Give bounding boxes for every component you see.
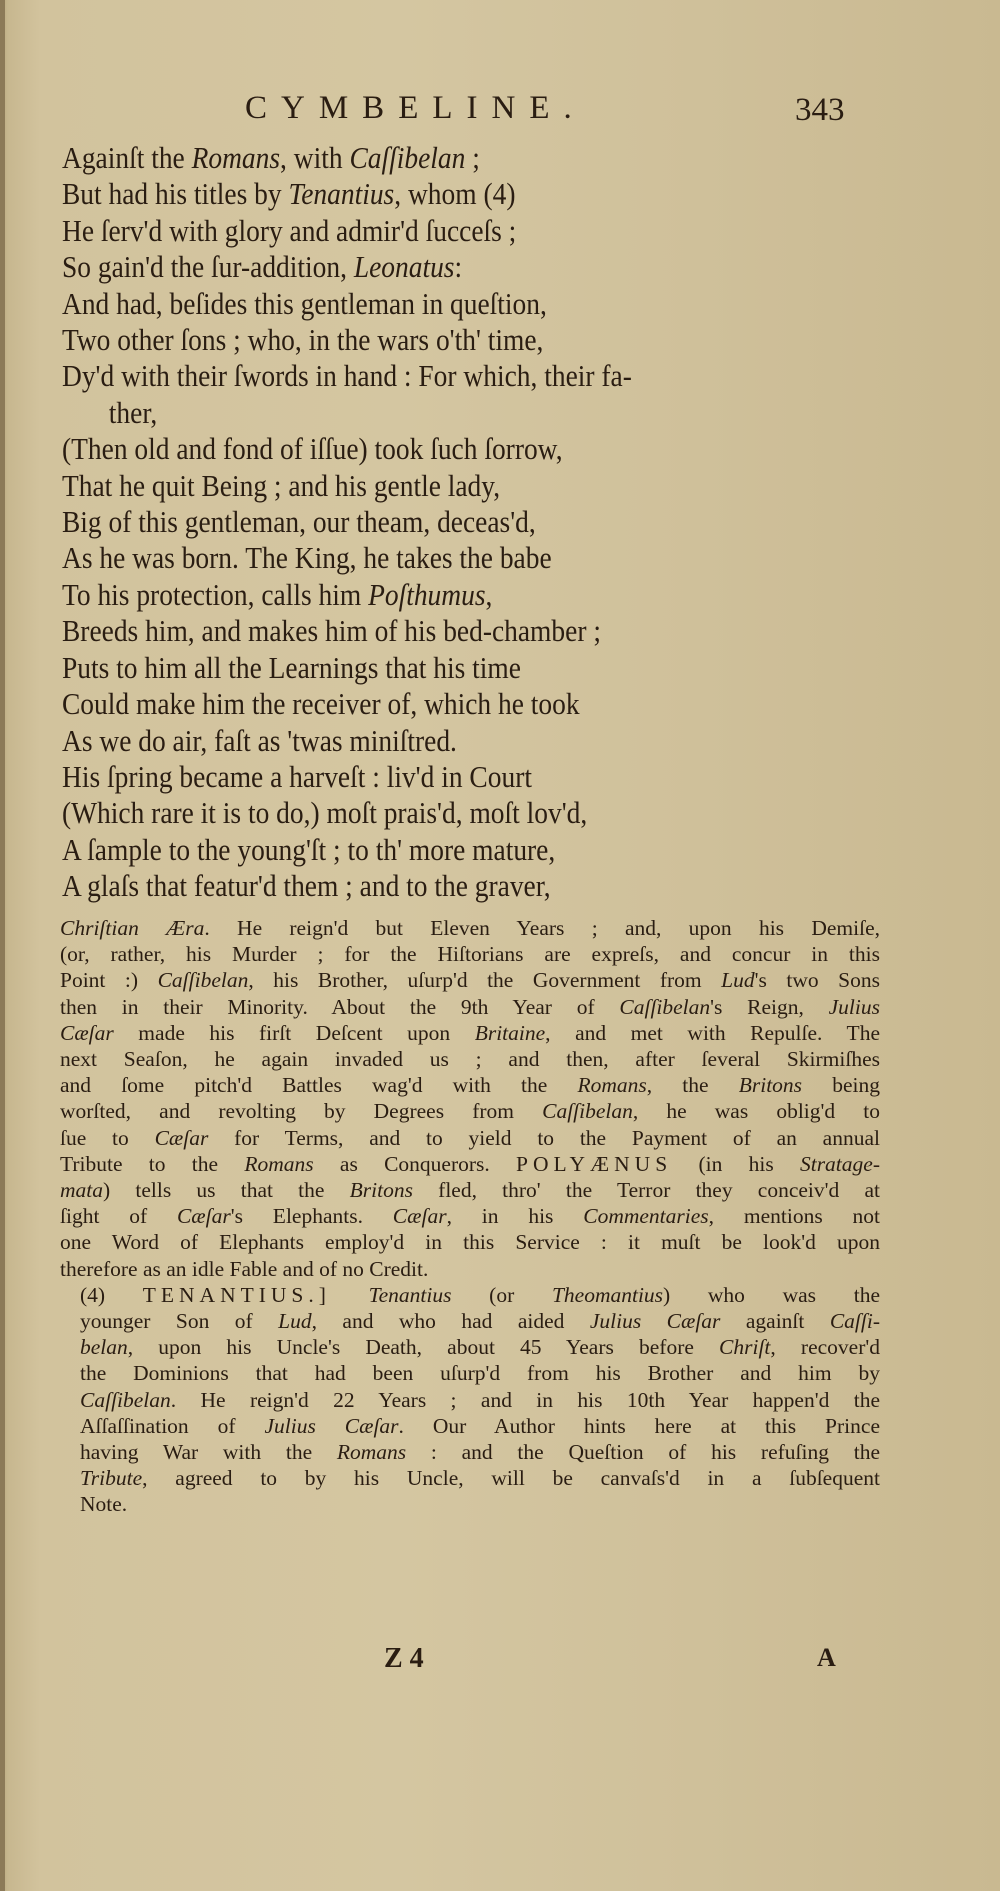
text-run: Breeds him, and makes him of his bed-cha…: [62, 614, 601, 648]
text-run: therefore as an idle Fable and of no Cre…: [60, 1257, 428, 1281]
italic-text: Julius Cæſar: [264, 1414, 398, 1438]
text-run: (in his: [672, 1152, 800, 1176]
text-run: That he quit Being ; and his gentle lady…: [62, 469, 500, 503]
verse-line: Puts to him all the Learnings that his t…: [62, 650, 800, 686]
footnote-line: having War with the Romans : and the Que…: [60, 1439, 880, 1465]
footnote-line: (4) TENANTIUS.] Tenantius (or Theomantiu…: [60, 1282, 880, 1308]
text-run: 's two Sons: [755, 968, 880, 992]
binding-edge: [0, 0, 5, 1891]
text-run: , upon his Uncle's Death, about 45 Years…: [128, 1335, 719, 1359]
verse-line: Breeds him, and makes him of his bed-cha…: [62, 613, 800, 649]
footnote-line: one Word of Elephants employ'd in this S…: [60, 1229, 880, 1255]
text-run: His ſpring became a harveſt : liv'd in C…: [62, 760, 532, 794]
text-run: , whom (4): [394, 177, 515, 211]
italic-text: Tenantius: [369, 1283, 452, 1307]
text-run: [331, 1283, 369, 1307]
small-caps-text: POLYÆNUS: [516, 1152, 672, 1176]
text-run: , the: [647, 1073, 739, 1097]
small-caps-text: TENANTIUS.]: [143, 1283, 331, 1307]
verse-line: Dy'd with their ſwords in hand : For whi…: [62, 358, 800, 394]
italic-text: Romans: [192, 141, 280, 175]
footnote-line: Aſſaſſination of Julius Cæſar. Our Autho…: [60, 1413, 880, 1439]
text-run: ſight of: [60, 1204, 177, 1228]
text-run: , agreed to by his Uncle, will be canvaſ…: [142, 1466, 880, 1490]
text-run: Tribute to the: [60, 1152, 244, 1176]
text-run: then in their Minority. About the 9th Ye…: [60, 995, 619, 1019]
footnote-line: belan, upon his Uncle's Death, about 45 …: [60, 1334, 880, 1360]
text-run: ſue to: [60, 1126, 155, 1150]
italic-text: Romans: [244, 1152, 313, 1176]
text-run: ) who was the: [663, 1283, 880, 1307]
text-run: made his firſt Deſcent upon: [114, 1021, 475, 1045]
verse-line: (Which rare it is to do,) moſt prais'd, …: [62, 795, 800, 831]
text-run: But had his titles by: [62, 177, 288, 211]
italic-text: Caſſibelan: [349, 141, 465, 175]
verse-block: Againſt the Romans, with Caſſibelan ;But…: [62, 140, 882, 905]
italic-text: Cæſar: [177, 1204, 231, 1228]
text-run: for Terms, and to yield to the Payment o…: [208, 1126, 880, 1150]
text-run: (4): [80, 1283, 143, 1307]
verse-line: As we do air, faſt as 'twas miniſtred.: [62, 723, 800, 759]
italic-text: Caſſibelan: [542, 1099, 633, 1123]
verse-line: That he quit Being ; and his gentle lady…: [62, 468, 800, 504]
footnote-line: ſue to Cæſar for Terms, and to yield to …: [60, 1125, 880, 1151]
italic-text: Caſſibelan: [80, 1388, 171, 1412]
text-run: fled, thro' the Terror they conceiv'd at: [413, 1178, 880, 1202]
italic-text: Julius: [829, 995, 880, 1019]
verse-line: His ſpring became a harveſt : liv'd in C…: [62, 759, 800, 795]
text-run: (Then old and fond of iſſue) took ſuch ſ…: [62, 432, 563, 466]
italic-text: Britons: [350, 1178, 413, 1202]
footnote-line: Point :) Caſſibelan, his Brother, uſurp'…: [60, 967, 880, 993]
running-head: CYMBELINE. 343: [0, 90, 1000, 130]
running-title: CYMBELINE.: [245, 90, 586, 127]
footnote-line: ſight of Cæſar's Elephants. Cæſar, in hi…: [60, 1203, 880, 1229]
italic-text: Chriſt: [719, 1335, 770, 1359]
italic-text: Julius Cæſar: [590, 1309, 721, 1333]
footnote-line: Note.: [60, 1491, 880, 1517]
text-run: younger Son of: [80, 1309, 278, 1333]
footnote-line: worſted, and revolting by Degrees from C…: [60, 1098, 880, 1124]
italic-text: Romans: [577, 1073, 646, 1097]
text-run: Dy'd with their ſwords in hand : For whi…: [62, 359, 632, 393]
text-run: , he was oblig'd to: [633, 1099, 880, 1123]
verse-line: But had his titles by Tenantius, whom (4…: [62, 176, 800, 212]
footnote-line: Tribute to the Romans as Conquerors. POL…: [60, 1151, 880, 1177]
text-run: . He reign'd 22 Years ; and in his 10th …: [171, 1388, 880, 1412]
text-run: , in his: [447, 1204, 584, 1228]
verse-line: So gain'd the ſur-addition, Leonatus:: [62, 249, 800, 285]
text-run: next Seaſon, he again invaded us ; and t…: [60, 1047, 880, 1071]
footnote-line: next Seaſon, he again invaded us ; and t…: [60, 1046, 880, 1072]
text-run: , recover'd: [770, 1335, 880, 1359]
verse-line: (Then old and fond of iſſue) took ſuch ſ…: [62, 431, 800, 467]
verse-line: Againſt the Romans, with Caſſibelan ;: [62, 140, 800, 176]
italic-text: Stratage-: [800, 1152, 880, 1176]
text-run: Big of this gentleman, our theam, deceas…: [62, 505, 536, 539]
signature-mark: Z 4: [384, 1643, 424, 1675]
verse-line: Big of this gentleman, our theam, deceas…: [62, 504, 800, 540]
footnote-line: (or, rather, his Murder ; for the Hiſtor…: [60, 941, 880, 967]
verse-line: ther,: [62, 395, 800, 431]
text-run: He ſerv'd with glory and admir'd ſucceſs…: [62, 214, 516, 248]
text-run: Note.: [80, 1492, 127, 1516]
italic-text: Commentaries: [583, 1204, 708, 1228]
italic-text: mata: [60, 1178, 103, 1202]
footnotes-block: Chriſtian Æra. He reign'd but Eleven Yea…: [60, 915, 880, 1518]
text-run: the Dominions that had been uſurp'd from…: [80, 1361, 880, 1385]
catchword: A: [817, 1643, 836, 1673]
footnote-line: Caſſibelan. He reign'd 22 Years ; and in…: [60, 1387, 880, 1413]
text-run: (or: [451, 1283, 551, 1307]
footnote-line: Tribute, agreed to by his Uncle, will be…: [60, 1465, 880, 1491]
italic-text: Cæſar: [393, 1204, 447, 1228]
verse-line: Two other ſons ; who, in the wars o'th' …: [62, 322, 800, 358]
footnote-line: Cæſar made his firſt Deſcent upon Britai…: [60, 1020, 880, 1046]
text-run: And had, beſides this gentleman in queſt…: [62, 287, 547, 321]
text-run: (Which rare it is to do,) moſt prais'd, …: [62, 796, 587, 830]
footnote-line: younger Son of Lud, and who had aided Ju…: [60, 1308, 880, 1334]
footnote-paragraph: (4) TENANTIUS.] Tenantius (or Theomantiu…: [60, 1282, 880, 1518]
footnote-line: therefore as an idle Fable and of no Cre…: [60, 1256, 880, 1282]
text-run: . Our Author hints here at this Prince: [399, 1414, 880, 1438]
verse-line: And had, beſides this gentleman in queſt…: [62, 286, 800, 322]
text-run: , and met with Repulſe. The: [545, 1021, 880, 1045]
text-run: ) tells us that the: [103, 1178, 350, 1202]
italic-text: Britons: [739, 1073, 802, 1097]
text-run: ther,: [109, 396, 157, 430]
verse-line: A ſample to the young'ſt ; to th' more m…: [62, 832, 800, 868]
text-run: : and the Queſtion of his refuſing the: [406, 1440, 880, 1464]
italic-text: Lud: [721, 968, 754, 992]
text-run: , mentions not: [709, 1204, 880, 1228]
text-run: 's Elephants.: [231, 1204, 393, 1228]
italic-text: Caſſibelan: [158, 968, 249, 992]
text-run: To his protection, calls him: [62, 578, 368, 612]
text-run: having War with the: [80, 1440, 337, 1464]
text-run: (or, rather, his Murder ; for the Hiſtor…: [60, 942, 880, 966]
text-run: As we do air, faſt as 'twas miniſtred.: [62, 724, 457, 758]
page-number: 343: [795, 92, 845, 129]
italic-text: Caſſibelan: [619, 995, 710, 1019]
footnote-line: the Dominions that had been uſurp'd from…: [60, 1360, 880, 1386]
text-run: :: [454, 250, 462, 284]
italic-text: Cæſar: [60, 1021, 114, 1045]
text-run: being: [802, 1073, 880, 1097]
text-run: as Conquerors.: [314, 1152, 516, 1176]
verse-line: Could make him the receiver of, which he…: [62, 686, 800, 722]
italic-text: Caſſi-: [830, 1309, 880, 1333]
verse-line: As he was born. The King, he takes the b…: [62, 540, 800, 576]
text-run: A glaſs that featur'd them ; and to the …: [62, 869, 551, 903]
text-run: Puts to him all the Learnings that his t…: [62, 651, 521, 685]
italic-text: Tribute: [80, 1466, 142, 1490]
text-run: worſted, and revolting by Degrees from: [60, 1099, 542, 1123]
text-run: As he was born. The King, he takes the b…: [62, 541, 552, 575]
verse-line: To his protection, calls him Poſthumus,: [62, 577, 800, 613]
text-run: ;: [465, 141, 479, 175]
italic-text: Leonatus: [354, 250, 455, 284]
footnote-line: and ſome pitch'd Battles wag'd with the …: [60, 1072, 880, 1098]
italic-text: Tenantius: [288, 177, 394, 211]
text-run: one Word of Elephants employ'd in this S…: [60, 1230, 880, 1254]
italic-text: Romans: [337, 1440, 406, 1464]
text-run: , his Brother, uſurp'd the Government fr…: [248, 968, 721, 992]
italic-text: Cæſar: [155, 1126, 209, 1150]
text-run: So gain'd the ſur-addition,: [62, 250, 354, 284]
text-run: A ſample to the young'ſt ; to th' more m…: [62, 833, 555, 867]
footnote-paragraph: Chriſtian Æra. He reign'd but Eleven Yea…: [60, 915, 880, 1282]
text-run: Point :): [60, 968, 158, 992]
italic-text: Theomantius: [552, 1283, 663, 1307]
footnote-line: then in their Minority. About the 9th Ye…: [60, 994, 880, 1020]
text-run: 's Reign,: [710, 995, 828, 1019]
italic-text: Lud: [278, 1309, 311, 1333]
italic-text: Poſthumus: [368, 578, 485, 612]
footnote-line: mata) tells us that the Britons fled, th…: [60, 1177, 880, 1203]
text-run: Could make him the receiver of, which he…: [62, 687, 580, 721]
verse-line: A glaſs that featur'd them ; and to the …: [62, 868, 800, 904]
text-run: againſt: [720, 1309, 829, 1333]
italic-text: Chriſtian Æra: [60, 916, 204, 940]
text-run: and ſome pitch'd Battles wag'd with the: [60, 1073, 577, 1097]
text-run: Aſſaſſination of: [80, 1414, 264, 1438]
text-run: ,: [486, 578, 493, 612]
italic-text: belan: [80, 1335, 128, 1359]
footnote-line: Chriſtian Æra. He reign'd but Eleven Yea…: [60, 915, 880, 941]
text-run: Againſt the: [62, 141, 192, 175]
text-run: , with: [280, 141, 349, 175]
text-run: . He reign'd but Eleven Years ; and, upo…: [204, 916, 880, 940]
text-run: Two other ſons ; who, in the wars o'th' …: [62, 323, 543, 357]
text-run: , and who had aided: [312, 1309, 590, 1333]
page-footer: Z 4 A: [0, 1643, 1000, 1683]
italic-text: Britaine: [475, 1021, 545, 1045]
verse-line: He ſerv'd with glory and admir'd ſucceſs…: [62, 213, 800, 249]
